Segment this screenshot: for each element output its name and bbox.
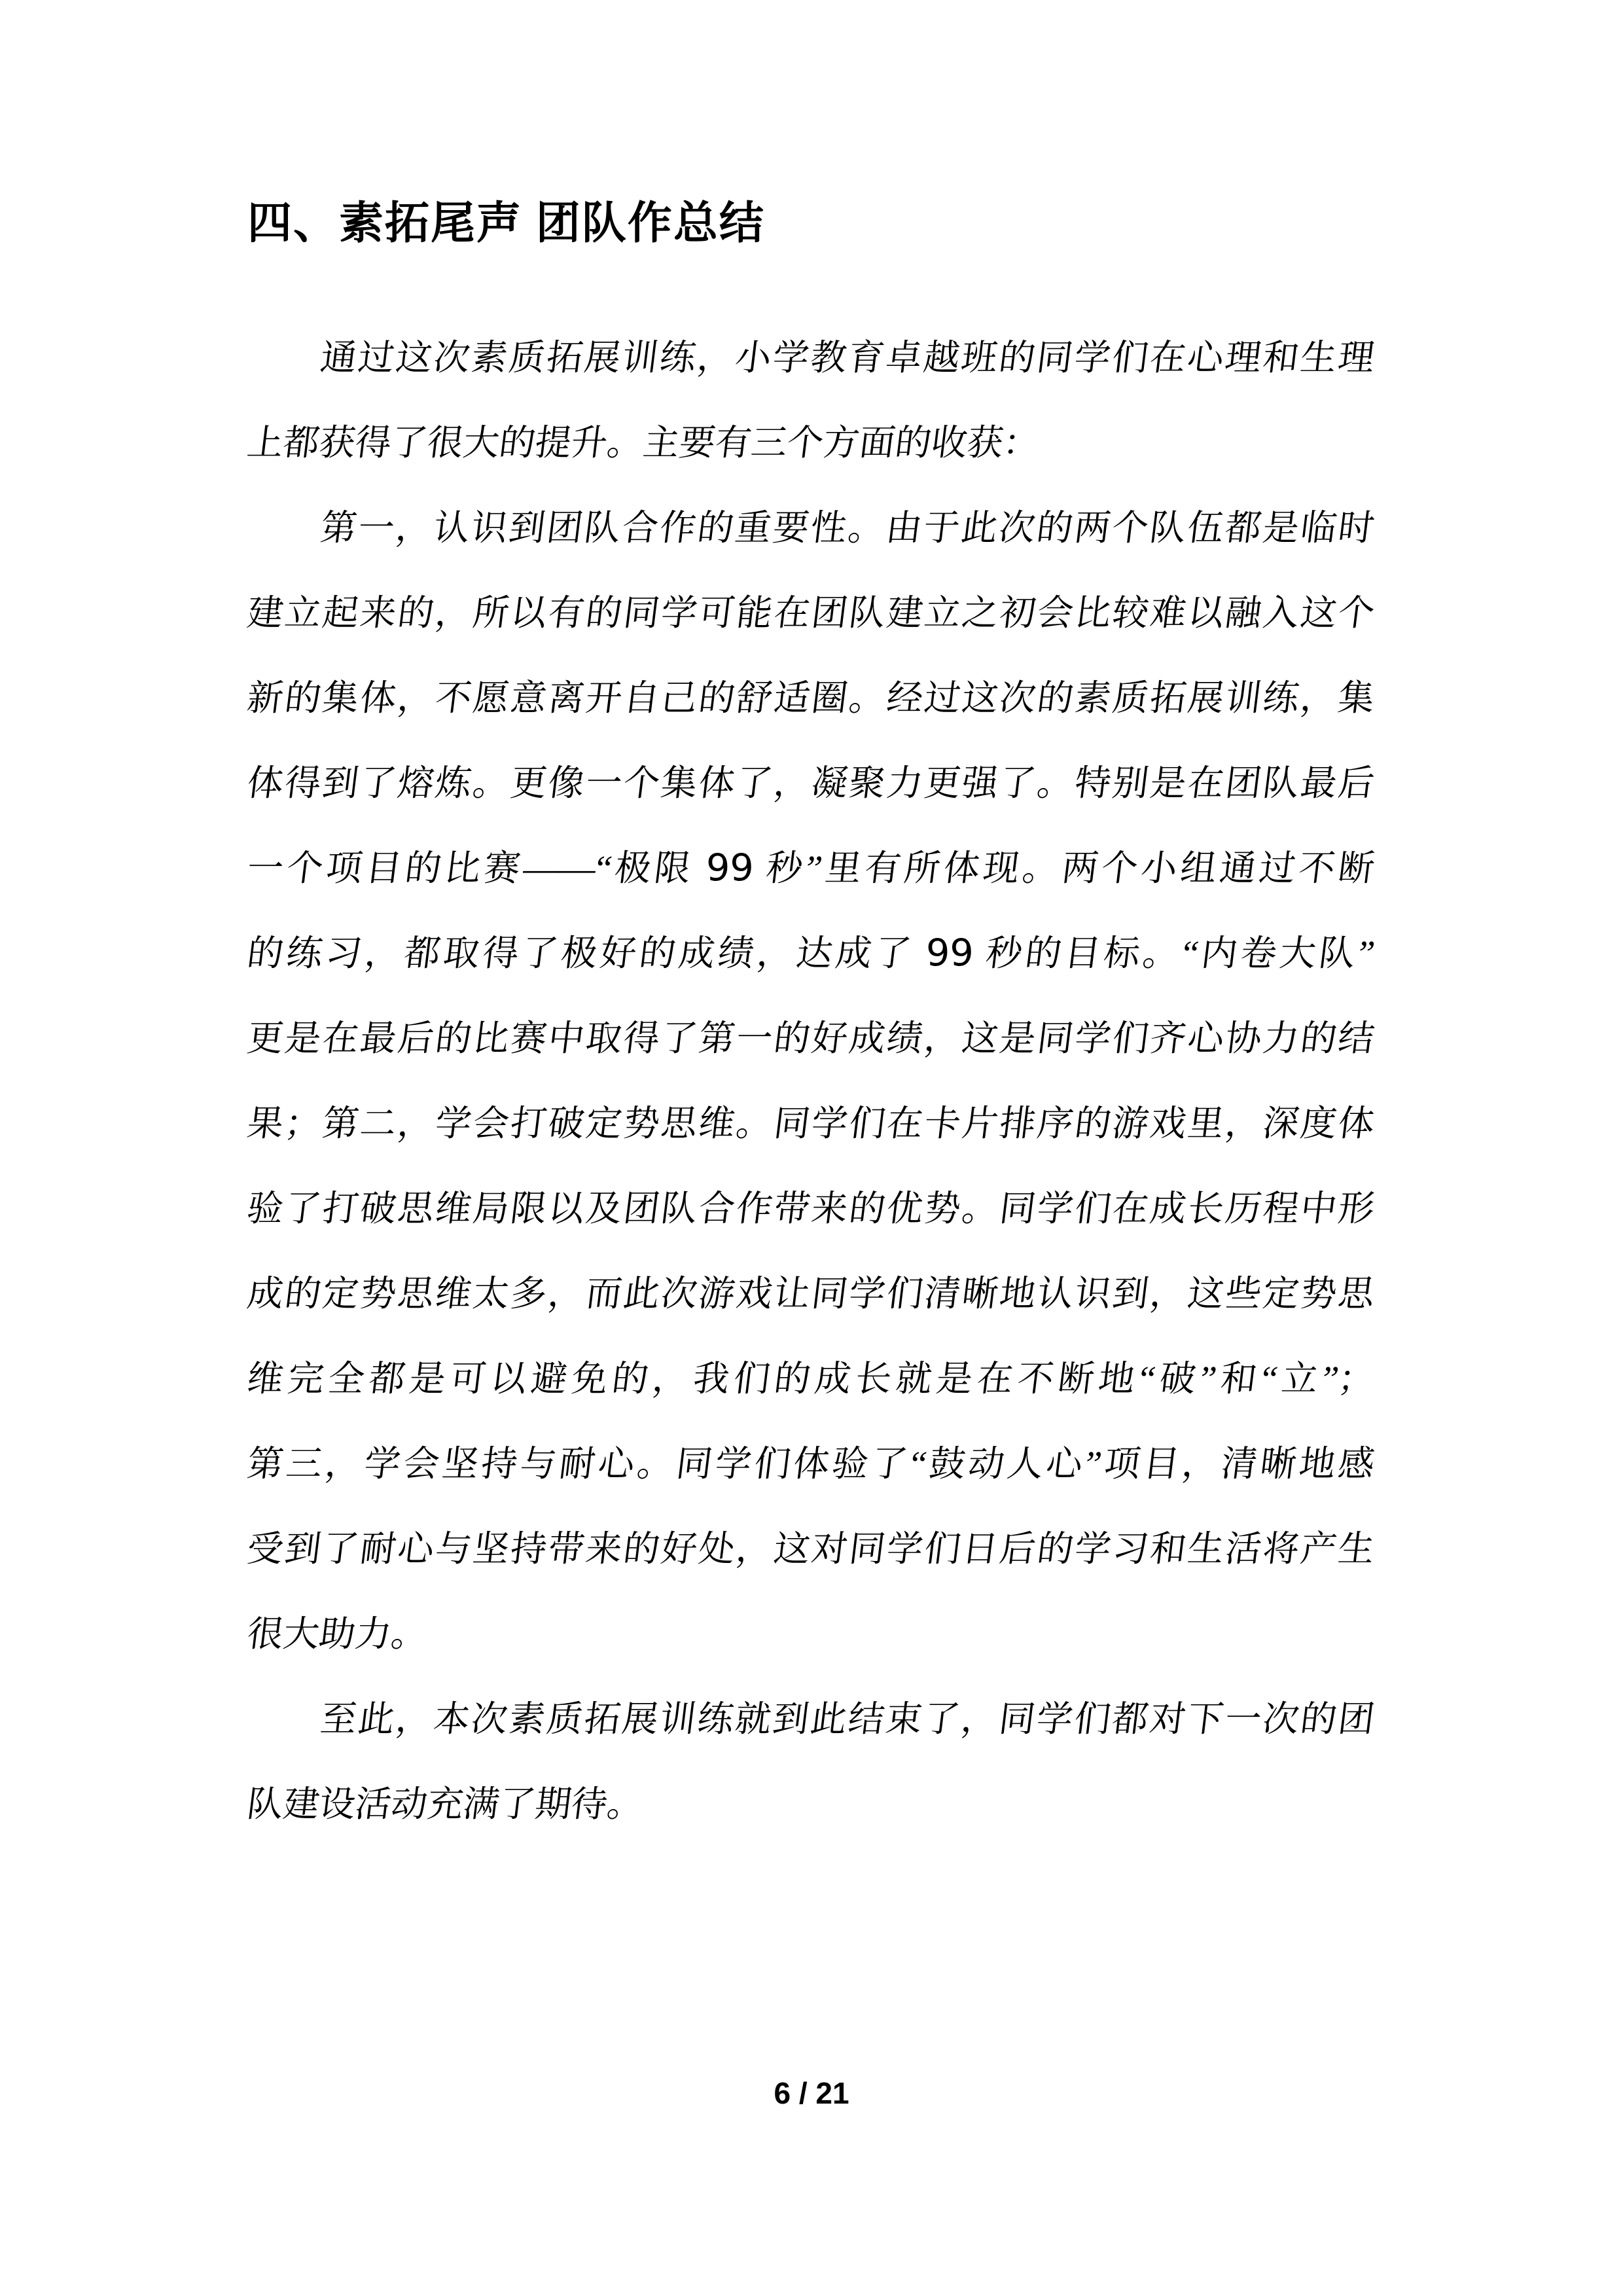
paragraph-line: 成的定势思维太多，而此次游戏让同学们清晰地认识到，这些定势思 — [242, 1251, 1380, 1336]
document-body: 通过这次素质拓展训练，小学教育卓越班的同学们在心理和生理 上都获得了很大的提升。… — [247, 315, 1374, 1847]
document-page: 四、素拓尾声 团队作总结 通过这次素质拓展训练，小学教育卓越班的同学们在心理和生… — [0, 0, 1623, 2296]
paragraph-line: 第三，学会坚持与耐心。同学们体验了“鼓动人心”项目，清晰地感 — [242, 1422, 1380, 1507]
section-heading: 四、素拓尾声 团队作总结 — [247, 194, 765, 253]
paragraph-line: 维完全都是可以避免的，我们的成长就是在不断地“破”和“立”； — [242, 1336, 1380, 1422]
paragraph-line: 体得到了熔炼。更像一个集体了，凝聚力更强了。特别是在团队最后 — [242, 741, 1380, 826]
paragraph-line: 通过这次素质拓展训练，小学教育卓越班的同学们在心理和生理 — [242, 315, 1380, 401]
paragraph-line: 很大助力。 — [242, 1592, 1380, 1677]
paragraph-line: 新的集体，不愿意离开自己的舒适圈。经过这次的素质拓展训练，集 — [242, 656, 1380, 741]
page-footer: 6 / 21 — [0, 2073, 1623, 2113]
paragraph-line: 果；第二，学会打破定势思维。同学们在卡片排序的游戏里，深度体 — [242, 1081, 1380, 1166]
paragraph-line: 第一，认识到团队合作的重要性。由于此次的两个队伍都是临时 — [242, 486, 1380, 571]
paragraph-line: 建立起来的，所以有的同学可能在团队建立之初会比较难以融入这个 — [242, 571, 1380, 656]
paragraph-line: 一个项目的比赛——“极限 99 秒”里有所体现。两个小组通过不断 — [242, 826, 1380, 911]
page-number: 6 / 21 — [774, 2076, 849, 2110]
paragraph-line: 的练习，都取得了极好的成绩，达成了 99 秒的目标。“内卷大队” — [242, 911, 1380, 996]
paragraph-line: 至此，本次素质拓展训练就到此结束了，同学们都对下一次的团 — [242, 1677, 1380, 1762]
paragraph-line: 受到了耐心与坚持带来的好处，这对同学们日后的学习和生活将产生 — [242, 1507, 1380, 1592]
paragraph-line: 验了打破思维局限以及团队合作带来的优势。同学们在成长历程中形 — [242, 1166, 1380, 1251]
paragraph-line: 上都获得了很大的提升。主要有三个方面的收获： — [242, 401, 1380, 486]
paragraph-line: 队建设活动充满了期待。 — [242, 1762, 1380, 1847]
paragraph-line: 更是在最后的比赛中取得了第一的好成绩，这是同学们齐心协力的结 — [242, 996, 1380, 1081]
